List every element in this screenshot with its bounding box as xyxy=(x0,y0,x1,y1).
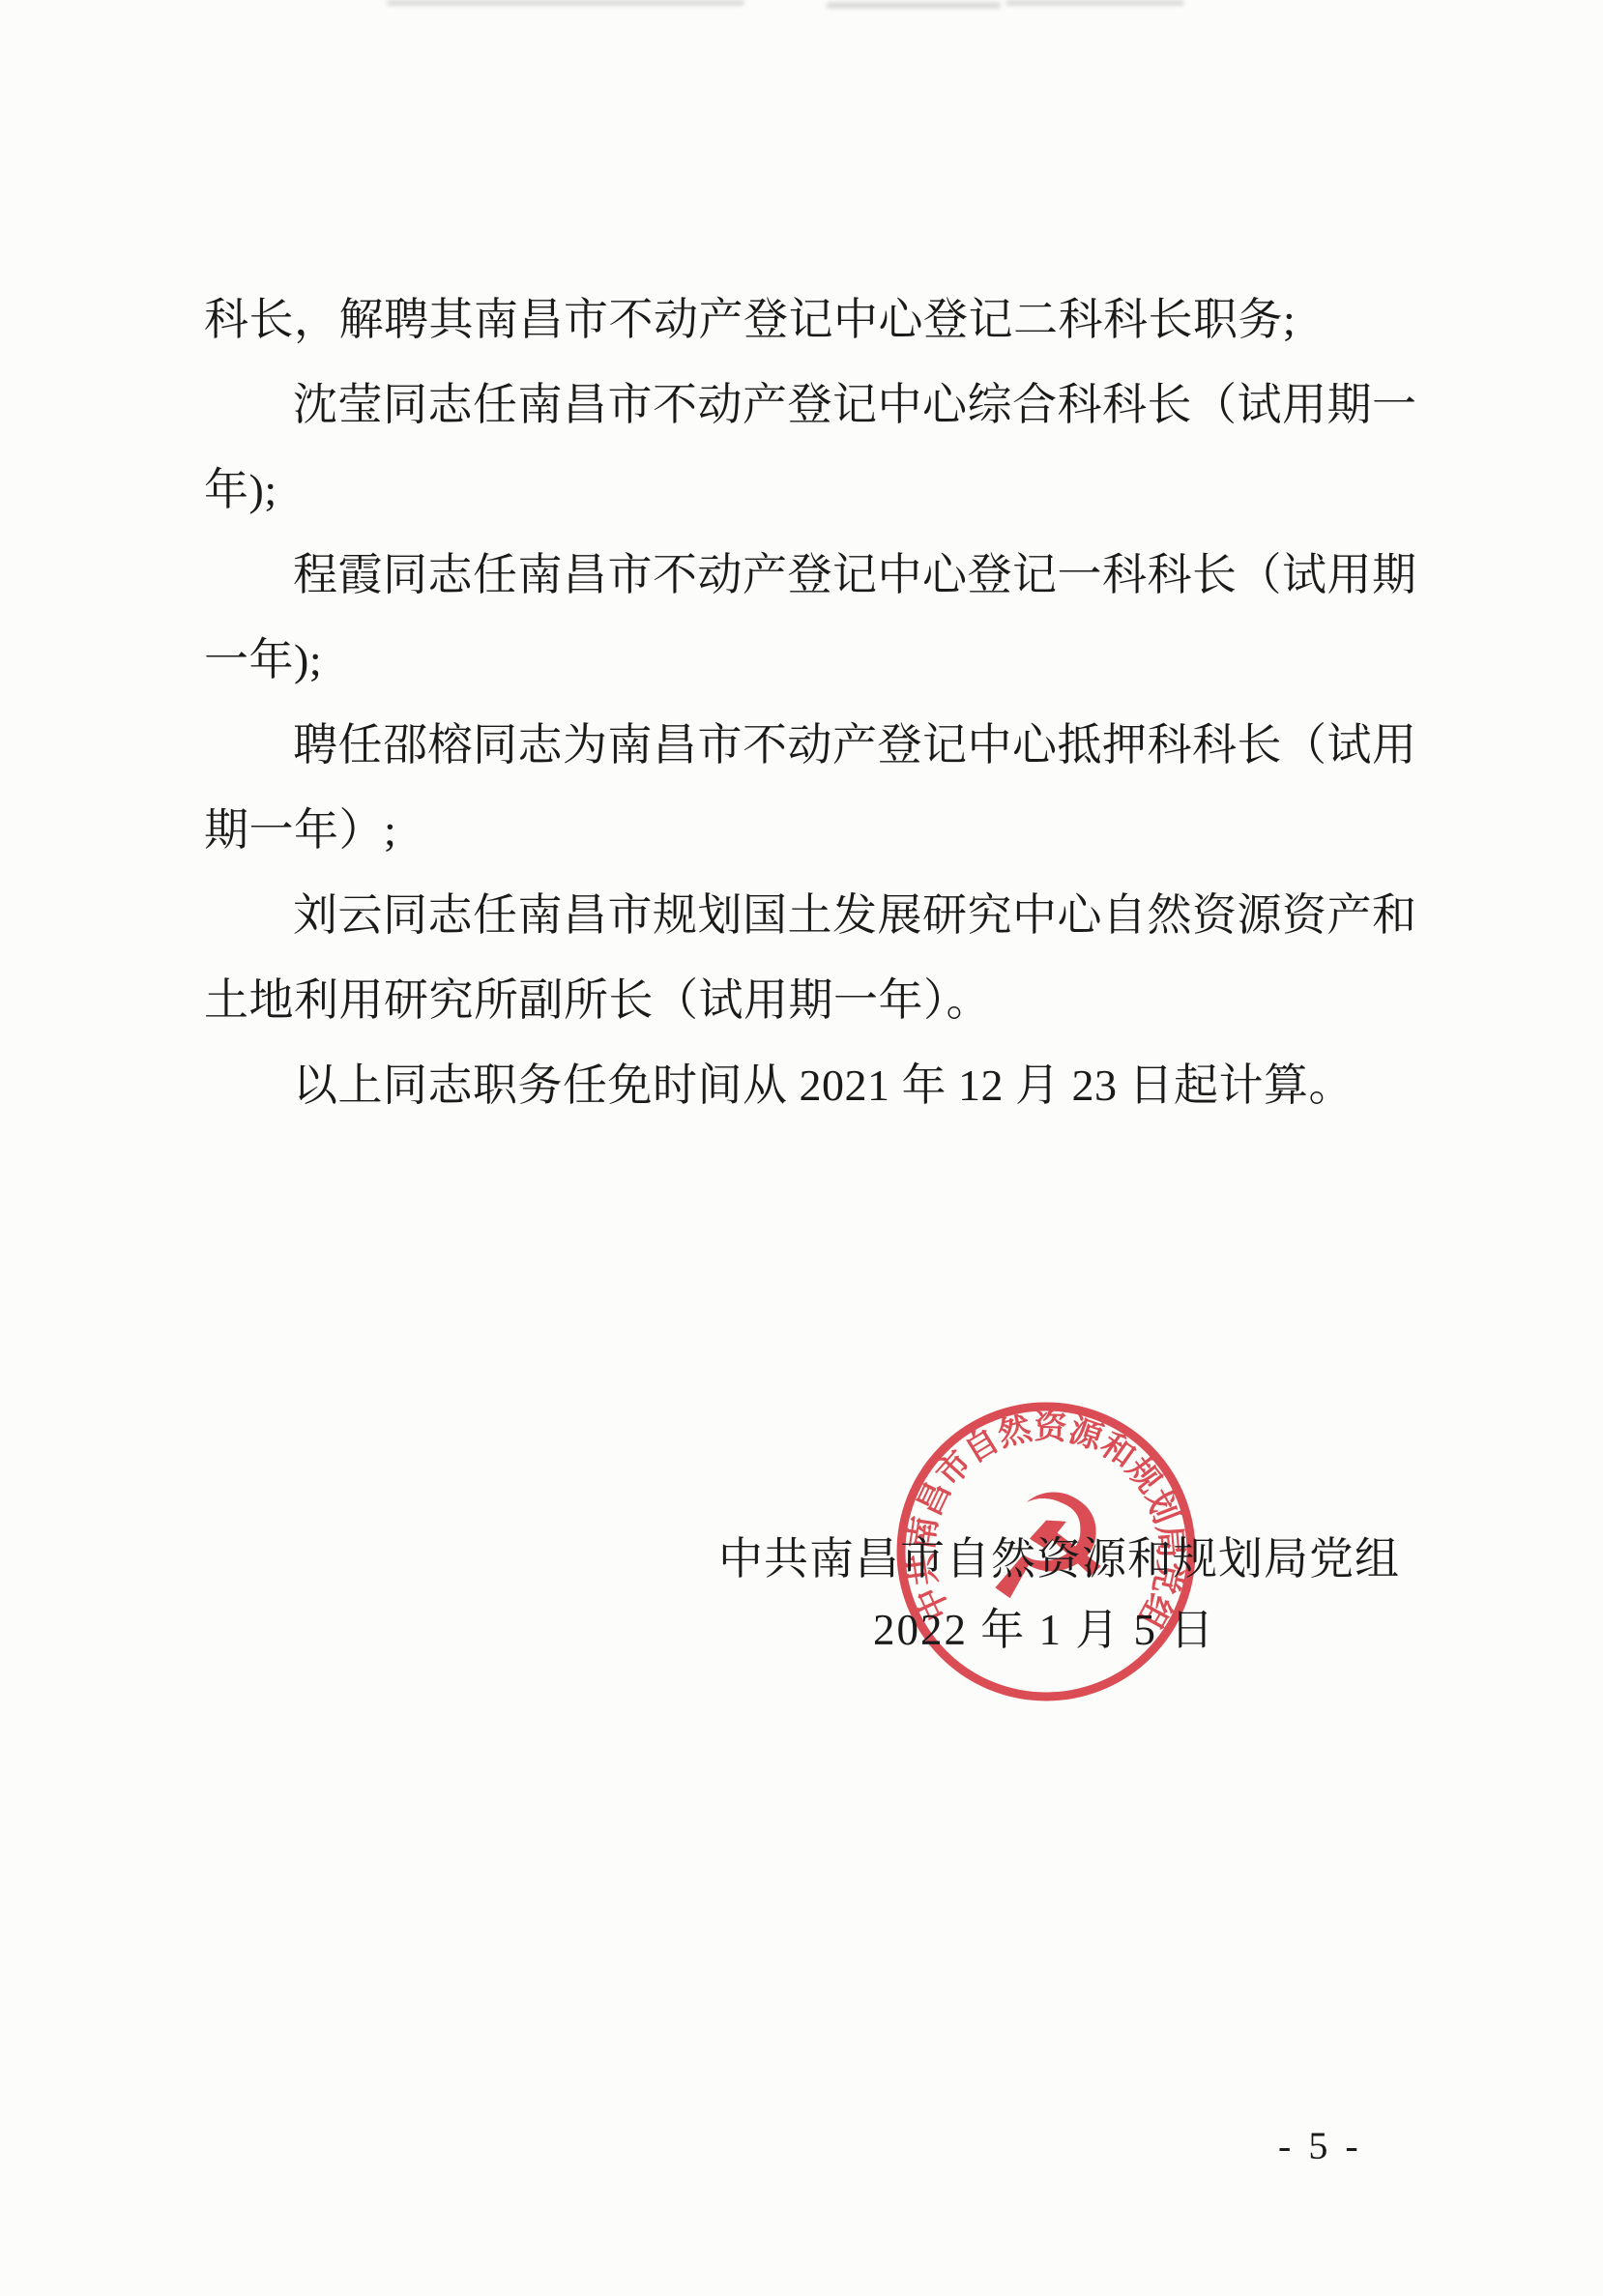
issue-date: 2022 年 1 月 5 日 xyxy=(873,1603,1215,1657)
body-line: 以上同志职务任免时间从 2021 年 12 月 23 日起计算。 xyxy=(204,1043,1407,1128)
body-line: 一年); xyxy=(204,618,1407,703)
document-body: 科长，解聘其南昌市不动产登记中心登记二科科长职务;沈莹同志任南昌市不动产登记中心… xyxy=(204,277,1407,1128)
scan-artifact xyxy=(1006,0,1184,6)
body-line: 程霞同志任南昌市不动产登记中心登记一科科长（试用期 xyxy=(204,533,1407,618)
body-line: 年); xyxy=(204,448,1407,533)
scan-artifact xyxy=(387,0,744,6)
scan-artifact xyxy=(827,2,1001,9)
body-line: 刘云同志任南昌市规划国土发展研究中心自然资源资产和 xyxy=(204,873,1407,958)
body-line: 沈莹同志任南昌市不动产登记中心综合科科长（试用期一 xyxy=(204,363,1407,448)
body-line: 期一年）; xyxy=(204,788,1407,873)
page-number: - 5 - xyxy=(1278,2123,1362,2168)
body-line: 土地利用研究所副所长（试用期一年）。 xyxy=(204,958,1407,1043)
document-page: 科长，解聘其南昌市不动产登记中心登记二科科长职务;沈莹同志任南昌市不动产登记中心… xyxy=(0,0,1603,2296)
issuer-signature: 中共南昌市自然资源和规划局党组 xyxy=(718,1532,1400,1586)
body-line: 科长，解聘其南昌市不动产登记中心登记二科科长职务; xyxy=(204,277,1407,363)
body-line: 聘任邵榕同志为南昌市不动产登记中心抵押科科长（试用 xyxy=(204,703,1407,788)
